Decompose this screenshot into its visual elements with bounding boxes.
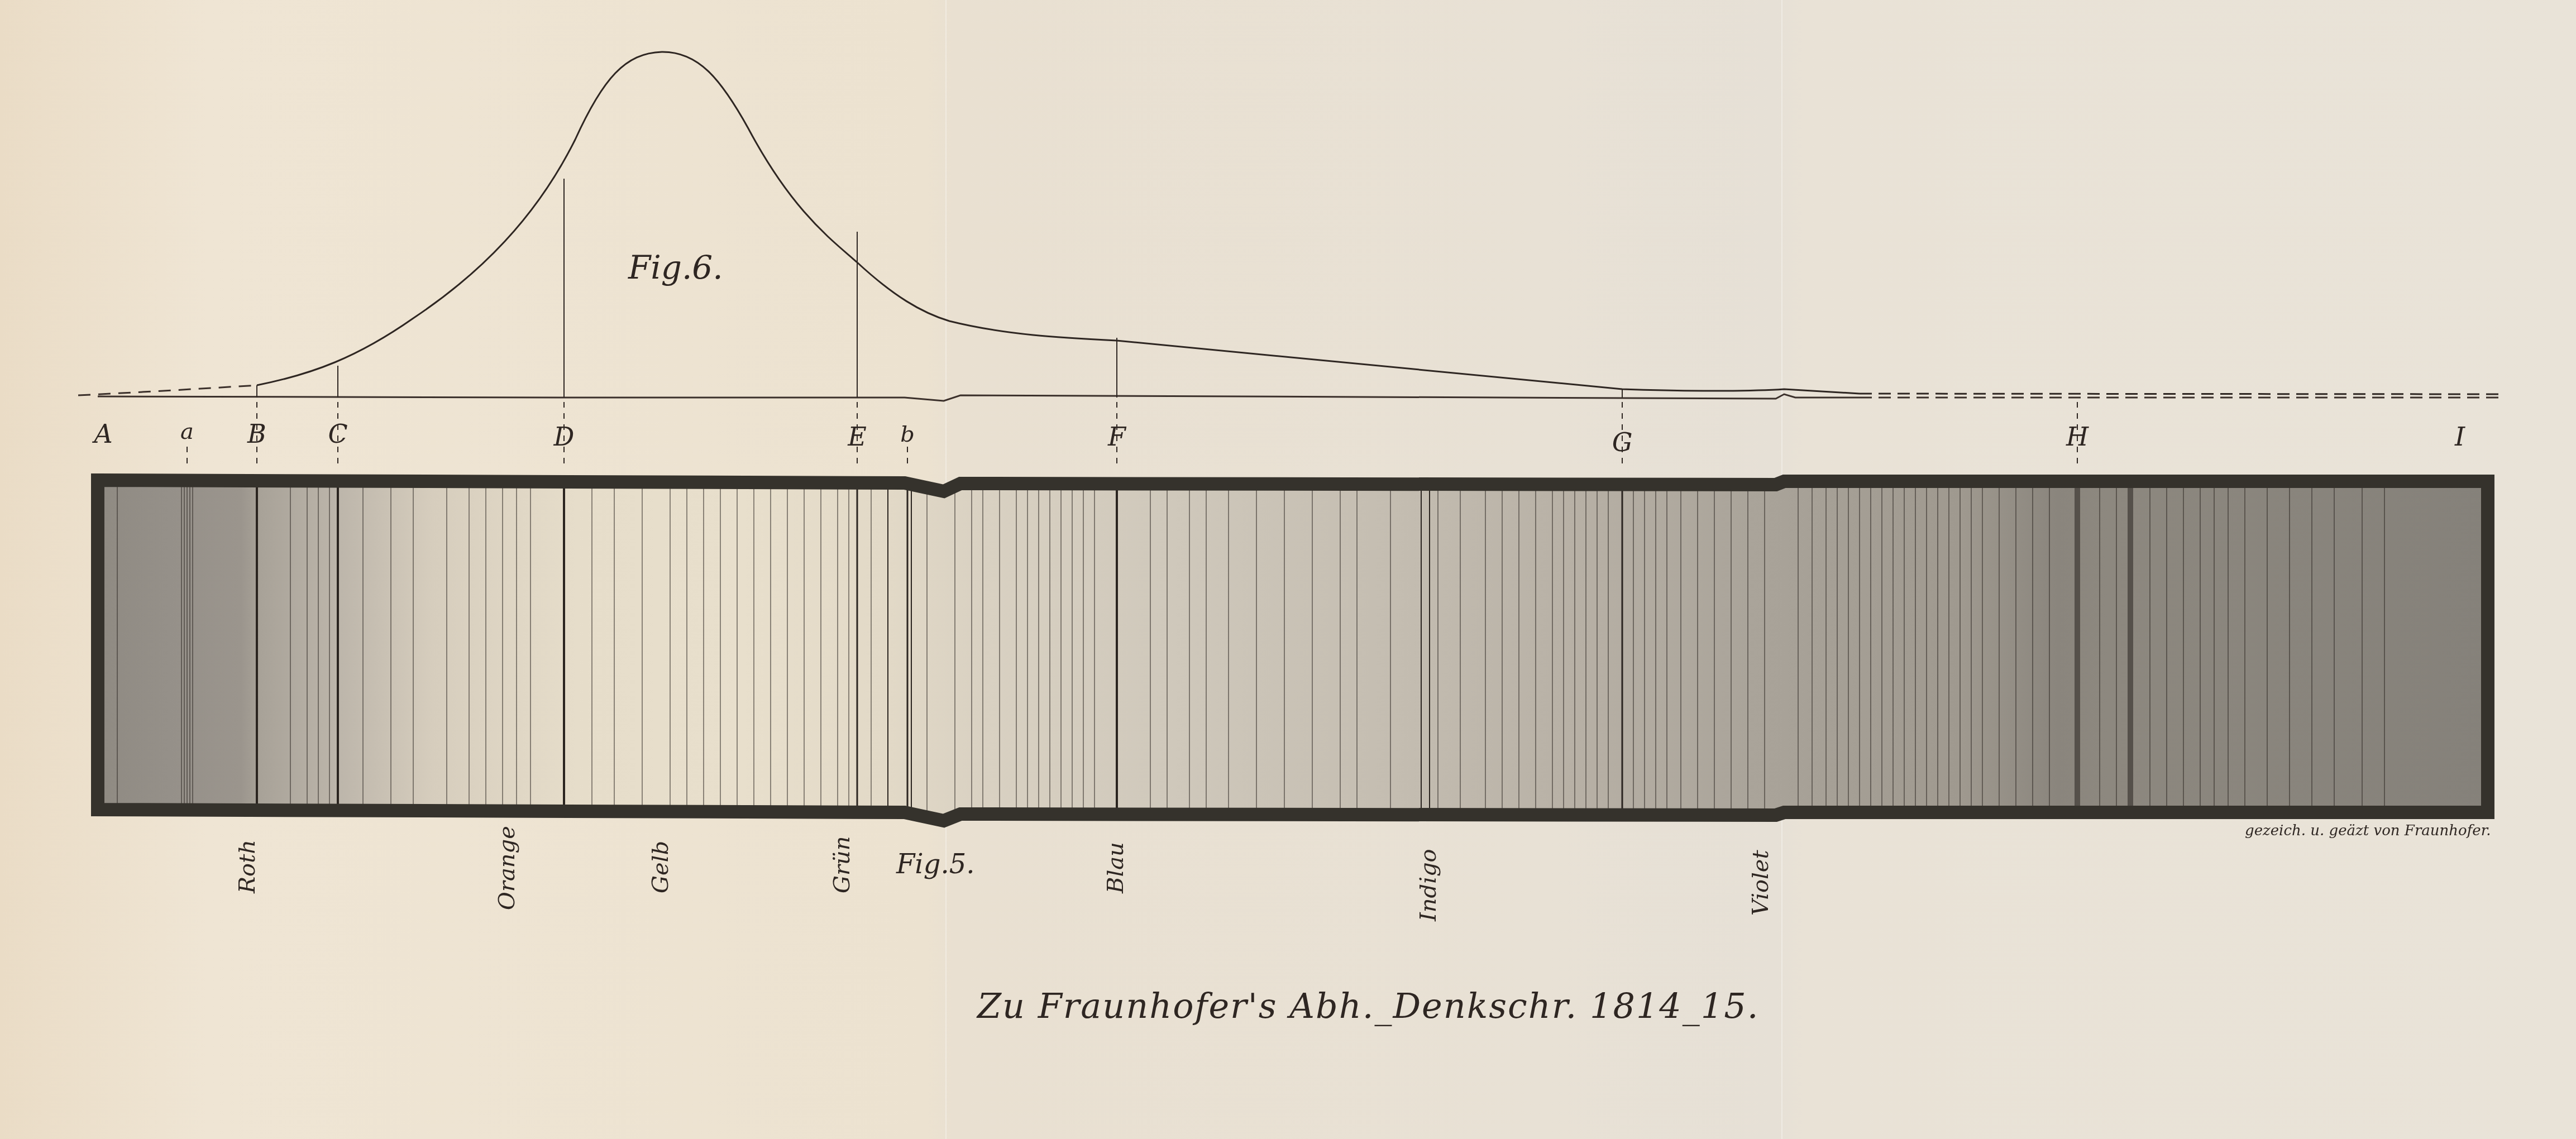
plate-caption: Zu Fraunhofer's Abh._Denkschr. 1814_15. — [977, 985, 1759, 1026]
intensity-curve — [257, 52, 1860, 394]
line-letter-E: E — [848, 422, 867, 452]
figure-6-label: Fig.6. — [628, 248, 723, 286]
line-letter-A: A — [94, 419, 112, 449]
engraver-credit: gezeich. u. geäzt von Fraunhofer. — [2245, 822, 2491, 839]
color-label-roth: Roth — [235, 840, 260, 893]
color-label-violet: Violet — [1748, 850, 1774, 916]
line-letter-I: I — [2455, 422, 2465, 452]
color-label-blau: Blau — [1103, 842, 1129, 893]
line-letter-a: a — [180, 419, 194, 444]
color-label-orange: Orange — [494, 826, 520, 910]
figure-graphics — [0, 0, 2576, 1139]
color-label-gruen: Grün — [829, 836, 855, 893]
line-letter-B: B — [247, 419, 266, 449]
line-letter-C: C — [328, 419, 347, 449]
color-label-gelb: Gelb — [648, 841, 673, 893]
color-label-indigo: Indigo — [1416, 849, 1441, 921]
baseline — [98, 394, 1860, 401]
line-letter-b: b — [900, 422, 915, 447]
line-letter-G: G — [1612, 427, 1633, 457]
figure-5-label: Fig.5. — [896, 849, 974, 880]
line-letter-F: F — [1108, 422, 1126, 452]
line-letter-H: H — [2066, 422, 2088, 452]
line-letter-D: D — [554, 422, 575, 452]
